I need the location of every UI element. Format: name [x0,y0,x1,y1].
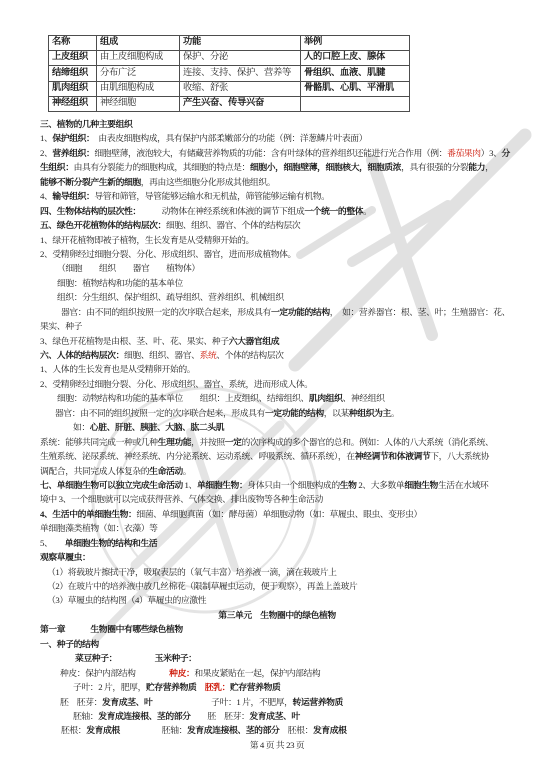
text-segment: 和果皮紧贴在一起，保护内部结构 [194,668,320,678]
text-segment: 2、受精卵经过细胞分裂、分化、形成组织、器官、系统，进而形成人体。 [40,379,313,389]
text-segment: 1、人体的生长发育也是从受精卵开始的。 [40,364,195,374]
body-text: 三、植物的几种主要组织1、保护组织： 由表皮细胞构成，具有保护内部柔嫩部分的功能… [40,117,514,752]
text-segment [136,668,170,678]
text-segment: 三、植物的几种主要组织 [40,119,132,129]
text-segment: 细胞生物 [404,480,438,490]
table-cell: 由肌细胞构成 [97,81,180,96]
text-segment: 子叶：2 片，肥厚， [73,682,146,692]
text-segment: 一定功能的结构 [271,307,330,317]
text-segment: 细胞小，细胞壁薄，细胞核大，细胞质浓 [250,162,401,172]
text-segment: 、神经组织 [343,393,385,403]
text-segment [196,682,204,692]
text-segment: 七、单细胞生物可以独立完成生命活动 [40,480,183,490]
text-segment: 动物体在神经系统和体液的调节下组成 [136,206,304,216]
table-row: 神经组织神经细胞产生兴奋、传导兴奋 [49,96,410,111]
text-segment: 器官：由不同的组织按照一定的次序联合起来，形成具有 [61,307,271,317]
text-segment: 胚 胚芽： [60,697,102,707]
text-line: 四、生物体结构的层次性： 动物体在神经系统和体液的调节下组成一个统一的整体。 [40,204,514,218]
table-cell: 肌肉组织 [49,81,97,96]
text-line: （2）在玻片中的培养液中放几丝棉花（限制草履虫运动，便于观察），再盖上盖玻片 [40,579,514,593]
text-segment: 能力 [468,162,485,172]
table-header-cell: 功能 [180,36,301,51]
chapter-title: 第一章 生物圈中有哪些绿色植物 [40,622,514,636]
text-line: 子叶：2 片，肥厚，贮存营养物质 胚乳：贮存营养物质 [40,680,514,694]
text-line: 1、绿开花植物即被子植物，生长发育是从受精卵开始的。 [40,233,514,247]
table-cell: 人的口腔上皮、腺体 [301,51,410,66]
table-row: 结缔组织分布广泛连接、支持、保护、营养等骨组织、血液、肌腱 [49,66,410,81]
text-segment: 由表皮细胞构成，具有保护内部柔嫩部分的功能（例：洋葱鳞片叶表面） [90,133,367,143]
text-line: 1、保护组织： 由表皮细胞构成，具有保护内部柔嫩部分的功能（例：洋葱鳞片叶表面） [40,131,514,145]
text-segment: 2、 [40,148,52,158]
text-segment: 六、人体的结构层次： [40,350,124,360]
text-segment: 生活在水域环 [438,480,488,490]
text-segment: 分 [501,148,509,158]
text-segment: 一、种子的结构 [40,639,99,649]
text-line: 生殖系统、泌尿系统、神经系统、内分泌系统、运动系统、呼吸系统、循环系统），在神经… [40,449,514,463]
table-header-cell: 举例 [301,36,410,51]
text-segment: 。 [391,408,399,418]
text-segment: 肌肉组织 [309,393,343,403]
text-segment: 番茄果肉 [447,148,481,158]
text-segment: 单细胞生物： [197,480,247,490]
text-line: 器官：由不同的组织按照一定的次序联合起来，形成具有一定功能的结构， 如：营养器官… [40,305,514,319]
text-segment: 输导组织： [52,191,94,201]
page-footer: 第 4 页 共 23 页 [40,738,514,752]
text-segment: 种皮：保护内部结构 [60,668,136,678]
text-line: 如：心脏、肝脏、胰脏、大脑、肱二头肌 [40,420,514,434]
text-segment: 单细胞藻类植物（如：衣藻）等 [40,523,158,533]
text-line: 细胞：植物结构和功能的基本单位 [40,276,514,290]
text-segment: 一定功能的结构 [265,408,324,418]
text-segment: 下，八大系统协 [430,451,489,461]
text-segment: （细胞 组织 器官 植物体） [57,263,200,273]
text-segment: 生物 [340,480,357,490]
text-segment: 生理功能 [158,437,192,447]
text-line: 七、单细胞生物可以独立完成生命活动 1、单细胞生物：身体只由一个细胞构成的生物 … [40,478,514,492]
text-segment: 生命活动 [149,466,183,476]
text-segment: 第一章 [40,624,65,634]
table-cell: 分布广泛 [97,66,180,81]
text-segment: 菜豆种子： [75,653,113,663]
text-segment: 一个统一的整体 [304,206,363,216]
text-line: 系统：能够共同完成一种或几种生理功能，并按照一定的次序构成的多个器官的总和。例如… [40,435,514,449]
text-line: 果实、种子 [40,319,514,333]
text-segment: 2、大多数单 [357,480,405,490]
text-line: 5、 单细胞生物的结构和生活 [40,536,514,550]
text-segment: 一定 [225,437,242,447]
text-line: 1、人体的生长发育也是从受精卵开始的。 [40,362,514,376]
text-segment: ， [485,162,493,172]
text-segment [113,653,155,663]
text-segment: 胚 胚芽： [207,711,249,721]
table-header-cell: 名称 [49,36,97,51]
text-segment: 胚轴： [73,711,98,721]
text-segment: 。 [363,206,371,216]
table-header-row: 名称组成功能举例 [49,36,410,51]
text-segment: 五、绿色开花植物体的结构层次： [40,220,166,230]
text-segment: 生物圈中有哪些绿色植物 [90,624,182,634]
tissues-table-head: 名称组成功能举例 [49,36,410,51]
text-line: 观察草履虫： [40,550,514,564]
text-segment: 细胞、组织、器官、个体的结构层次 [166,220,300,230]
text-line: 4、输导组织：导管和筛管，导管能够运输水和无机盐，筛管能够运输有机物。 [40,189,514,203]
text-line: 种皮：保护内部结构 种皮：和果皮紧贴在一起，保护内部结构 [40,666,514,680]
text-segment: 胚乳： [205,682,230,692]
text-segment: ，再由这些细胞分化形成其他组织。 [141,177,275,187]
text-line: 菜豆种子： 玉米种子： [40,651,514,665]
text-segment: 第 4 页 共 23 页 [250,740,305,750]
tissues-table: 名称组成功能举例 上皮组织由上皮细胞构成保护、分泌人的口腔上皮、腺体结缔组织分布… [48,35,410,112]
table-cell: 骨骼肌、心肌、平滑肌 [301,81,410,96]
text-segment: 调配合，共同完成人体复杂的 [40,466,149,476]
text-line: 2、受精卵经过细胞分裂、分化、形成组织、器官，进而形成植物体。 [40,247,514,261]
text-segment: 组织：分生组织、保护组织、疏导组织、营养组织、机械组织 [57,292,284,302]
text-segment: 发育成连接根、茎的部分 [187,725,279,735]
text-segment: 如： [73,422,90,432]
text-segment: ，以某 [324,408,349,418]
text-segment [279,725,287,735]
table-header-cell: 组成 [97,36,180,51]
text-segment: 细胞：动物结构和功能的基本单位 组织：上皮组织、结缔组织、 [57,393,309,403]
table-cell: 结缔组织 [49,66,97,81]
text-segment: 细胞、组织、器官、 [124,350,200,360]
text-line: 胚根：发育成根 胚轴：发育成连接根、茎的部分 胚根：发育成根 [40,723,514,737]
text-line: 五、绿色开花植物体的结构层次：细胞、组织、器官、个体的结构层次 [40,218,514,232]
table-row: 肌肉组织由肌细胞构成收缩、舒张骨骼肌、心肌、平滑肌 [49,81,410,96]
text-segment: 细菌、单细胞真菌（如：酵母菌）单细胞动物（如：草履虫、眼虫、变形虫） [136,509,422,519]
text-segment: 发育成茎、叶 [102,697,152,707]
text-line: （1）将载玻片擦拭干净，吸取表层的（氧气丰富）培养液一滴，滴在载玻片上 [40,565,514,579]
text-segment: 神经调节和体液调节 [355,451,431,461]
text-line: 单细胞藻类植物（如：衣藻）等 [40,521,514,535]
text-line: 3、绿色开花植物是由根、茎、叶、花、果实、种子六大器官组成 [40,334,514,348]
text-segment: 贮存营养物质 [230,682,280,692]
text-segment: （2）在玻片中的培养液中放几丝棉花（限制草履虫运动，便于观察），再盖上盖玻片 [47,581,357,591]
text-segment: 器官：由不同的组织按照一定的次序联合起来，形成具有 [55,408,265,418]
table-cell: 由上皮细胞构成 [97,51,180,66]
table-cell: 保护、分泌 [180,51,301,66]
text-line: 2、受精卵经过细胞分裂、分化、形成组织、器官、系统，进而形成人体。 [40,377,514,391]
text-segment: ，具有很强的分裂 [401,162,468,172]
tissues-table-body: 上皮组织由上皮细胞构成保护、分泌人的口腔上皮、腺体结缔组织分布广泛连接、支持、保… [49,51,410,112]
text-segment: 4、 [40,191,52,201]
text-segment: 导管和筛管，导管能够运输水和无机盐，筛管能够运输有机物。 [94,191,329,201]
text-segment: 1、绿开花植物即被子植物，生长发育是从受精卵开始的。 [40,235,254,245]
text-segment: 种皮： [169,668,194,678]
text-segment: 1、 [40,133,52,143]
text-segment: 子叶：1 片，不肥厚， [211,697,292,707]
text-segment: ，并按照 [191,437,225,447]
section-title: 第三单元 生物圈中的绿色植物 [40,608,514,622]
text-segment [48,538,65,548]
text-segment: ， 如：营养器官：根、茎、叶；生殖器官：花、 [330,307,510,317]
table-cell: 连接、支持、保护、营养等 [180,66,301,81]
text-line: 一、种子的结构 [40,637,514,651]
text-segment: 系统 [200,350,217,360]
text-segment: 发育成茎、叶 [249,711,299,721]
text-line: 三、植物的几种主要组织 [40,117,514,131]
text-segment: 细胞：植物结构和功能的基本单位 [57,278,183,288]
text-segment: 胚根： [288,725,313,735]
text-segment: 身体只由一个细胞构成的 [247,480,339,490]
text-segment: （1）将载玻片擦拭干净，吸取表层的（氧气丰富）培养液一滴，滴在载玻片上 [47,567,337,577]
text-segment: 能够不断分裂产生新的细胞 [40,177,141,187]
text-segment: 心脏、肝脏、胰脏、大脑、肱二头肌 [90,422,224,432]
text-segment: 境中 3、一个细胞就可以完成获得营养、气体交换、排出废物等各种生命活动 [40,494,323,504]
text-segment: 生组织： [40,162,74,172]
text-segment: 的次序构成的多个器官的总和。例如：人体的八大系统（消化系统、 [242,437,494,447]
text-segment [120,725,162,735]
text-line: 组织：分生组织、保护组织、疏导组织、营养组织、机械组织 [40,290,514,304]
text-segment: 。 [183,466,191,476]
text-segment: 系统：能够共同完成一种或几种 [40,437,158,447]
text-segment: 发育成根 [86,725,120,735]
table-cell [301,96,410,111]
text-segment: 观察草履虫： [40,552,90,562]
text-segment: 细胞壁薄，液泡较大，有储藏营养物质的功能：含有叶绿体的营养组织还能进行光合作用（… [94,148,447,158]
text-segment: ）3、 [481,148,502,158]
text-line: 调配合，共同完成人体复杂的生命活动。 [40,464,514,478]
text-segment: 种组织为主 [349,408,391,418]
text-segment: 单细胞生物的结构和生活 [65,538,157,548]
text-line: （细胞 组织 器官 植物体） [40,261,514,275]
text-segment: 、个体的结构层次 [216,350,283,360]
table-cell: 上皮组织 [49,51,97,66]
text-line: 能够不断分裂产生新的细胞，再由这些细胞分化形成其他组织。 [40,175,514,189]
text-line: 生组织：由具有分裂能力的细胞构成，其细胞的特点是：细胞小，细胞壁薄，细胞核大，细… [40,160,514,174]
text-segment: 果实、种子 [40,321,82,331]
text-segment [152,697,211,707]
text-segment: 4、生活中的单细胞生物： [40,509,136,519]
text-line: 4、生活中的单细胞生物：细菌、单细胞真菌（如：酵母菌）单细胞动物（如：草履虫、眼… [40,507,514,521]
text-segment: 发育成根 [313,725,347,735]
text-segment: 由具有分裂能力的细胞构成，其细胞的特点是： [74,162,250,172]
text-line: （3）草履虫的结构图（4）草履虫的应激性 [40,593,514,607]
text-segment: 第三单元 生物圈中的绿色植物 [218,610,336,620]
text-segment: 玉米种子： [155,653,197,663]
text-segment: 胚根： [61,725,86,735]
table-cell: 骨组织、血液、肌腱 [301,66,410,81]
text-segment: 生殖系统、泌尿系统、神经系统、内分泌系统、运动系统、呼吸系统、循环系统），在 [40,451,355,461]
text-line: 胚 胚芽：发育成茎、叶 子叶：1 片，不肥厚，转运营养物质 [40,695,514,709]
text-segment: 保护组织： [52,133,90,143]
text-segment: 六大器官组成 [229,336,279,346]
text-segment: 贮存营养物质 [146,682,196,692]
text-segment [191,711,208,721]
text-segment: 四、生物体结构的层次性： [40,206,136,216]
text-segment: 发育成连接根、茎的部分 [98,711,190,721]
text-line: 2、营养组织：细胞壁薄，液泡较大，有储藏营养物质的功能：含有叶绿体的营养组织还能… [40,146,514,160]
text-segment: （3）草履虫的结构图（4）草履虫的应激性 [47,595,206,605]
text-segment: 2、受精卵经过细胞分裂、分化、形成组织、器官，进而形成植物体。 [40,249,296,259]
table-row: 上皮组织由上皮细胞构成保护、分泌人的口腔上皮、腺体 [49,51,410,66]
table-cell: 神经组织 [49,96,97,111]
table-cell: 收缩、舒张 [180,81,301,96]
text-segment: 5、 [40,538,48,548]
text-segment: 转运营养物质 [293,697,343,707]
text-line: 细胞：动物结构和功能的基本单位 组织：上皮组织、结缔组织、肌肉组织、神经组织 [40,391,514,405]
text-segment: 1、 [183,480,197,490]
text-segment: 胚轴： [162,725,187,735]
text-line: 器官：由不同的组织按照一定的次序联合起来，形成具有一定功能的结构，以某种组织为主… [40,406,514,420]
table-cell: 神经细胞 [97,96,180,111]
text-line: 胚轴：发育成连接根、茎的部分 胚 胚芽：发育成茎、叶 [40,709,514,723]
text-segment [65,624,90,634]
document-page: 名称组成功能举例 上皮组织由上皮细胞构成保护、分泌人的口腔上皮、腺体结缔组织分布… [0,0,538,760]
table-cell: 产生兴奋、传导兴奋 [180,96,301,111]
text-segment: 3、绿色开花植物是由根、茎、叶、花、果实、种子 [40,336,229,346]
text-line: 境中 3、一个细胞就可以完成获得营养、气体交换、排出废物等各种生命活动 [40,492,514,506]
text-segment: 营养组织： [52,148,94,158]
text-line: 六、人体的结构层次：细胞、组织、器官、系统、个体的结构层次 [40,348,514,362]
